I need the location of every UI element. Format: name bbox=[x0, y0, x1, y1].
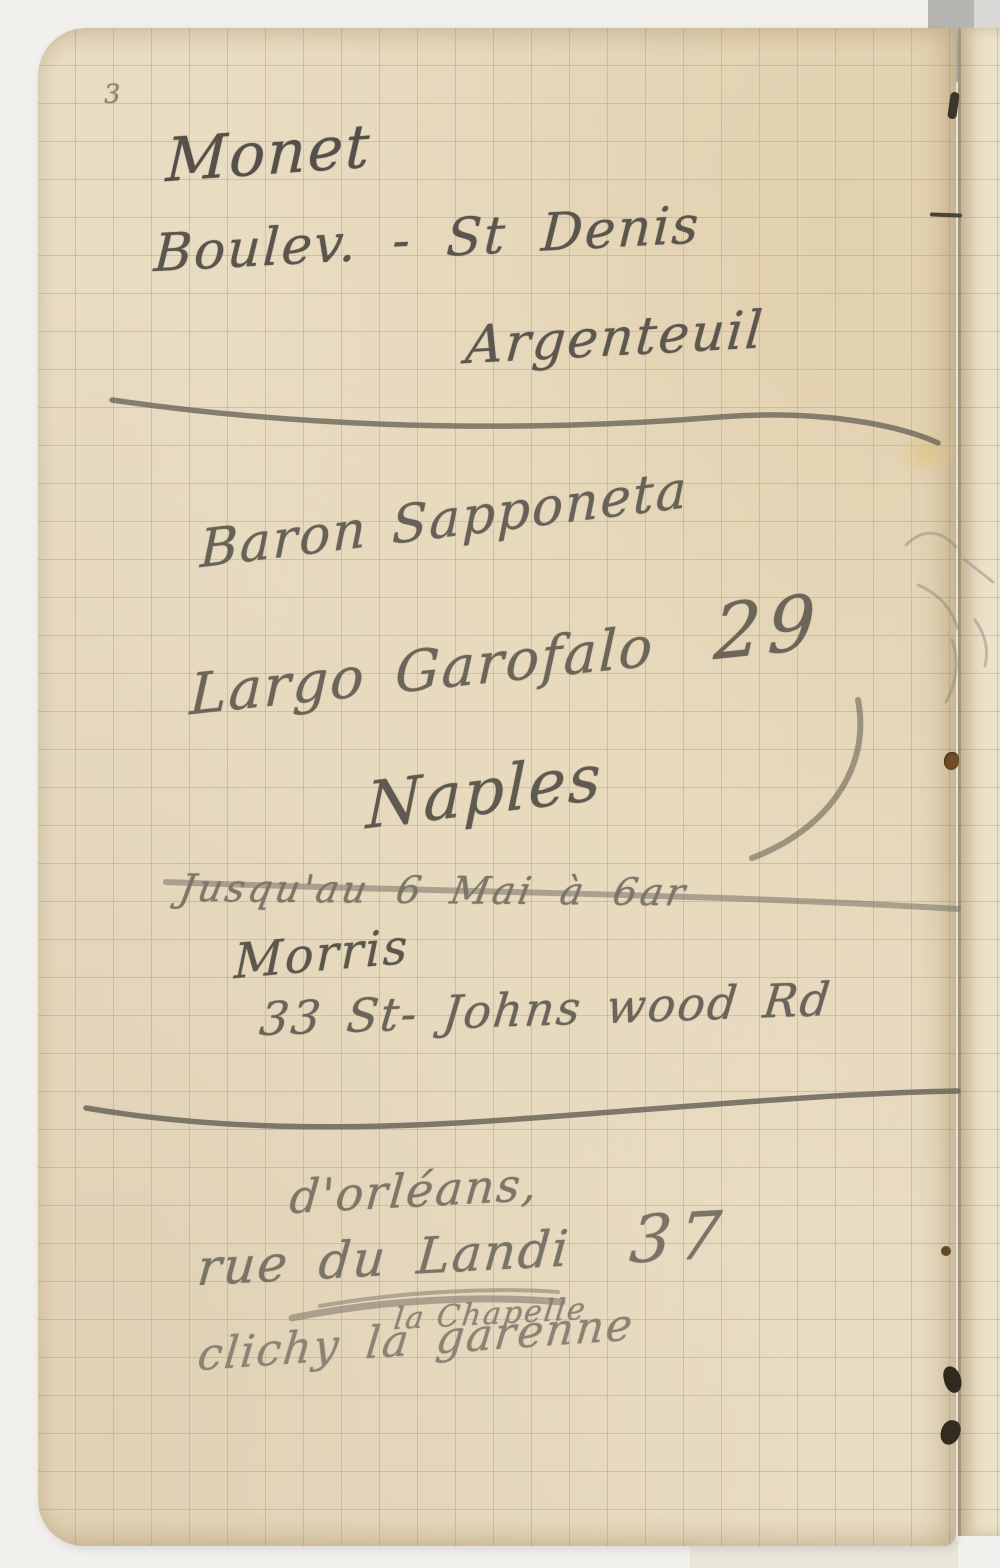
handwritten-line-morris: Morris bbox=[234, 919, 410, 991]
handwritten-line-st-johns-wood: 33 St- Johns wood Rd bbox=[257, 972, 834, 1046]
street-name: rue du Landi bbox=[195, 1219, 572, 1297]
handwritten-line-largo-garofalo: Largo Garofalo 29 bbox=[188, 577, 822, 732]
next-page-edge bbox=[958, 28, 1000, 1536]
handwritten-line-naples: Naples bbox=[365, 741, 603, 845]
paper-speck bbox=[941, 1246, 951, 1256]
street-number: 29 bbox=[712, 577, 823, 677]
paper-stain bbox=[896, 430, 958, 474]
handwritten-line-baron-sapponeta: Baron Sapponeta bbox=[199, 460, 688, 581]
page-number: 3 bbox=[103, 79, 123, 110]
street-name: Largo Garofalo bbox=[189, 614, 656, 728]
binding-knot bbox=[944, 752, 959, 770]
handwritten-line-boulevard-st-denis: Boulev. - St Denis bbox=[152, 195, 702, 284]
handwritten-line-rue-du-landi: rue du Landi 37 bbox=[195, 1198, 732, 1301]
notebook-page: 3 Monet Boulev. - St Denis Argenteuil Ba… bbox=[38, 28, 956, 1546]
handwritten-line-monet: Monet bbox=[165, 111, 373, 196]
handwritten-line-argenteuil: Argenteuil bbox=[463, 300, 766, 376]
street-number: 37 bbox=[627, 1198, 732, 1279]
handwritten-line-jusquau-struck: Jusqu'au 6 Mai à 6ar bbox=[176, 866, 692, 914]
